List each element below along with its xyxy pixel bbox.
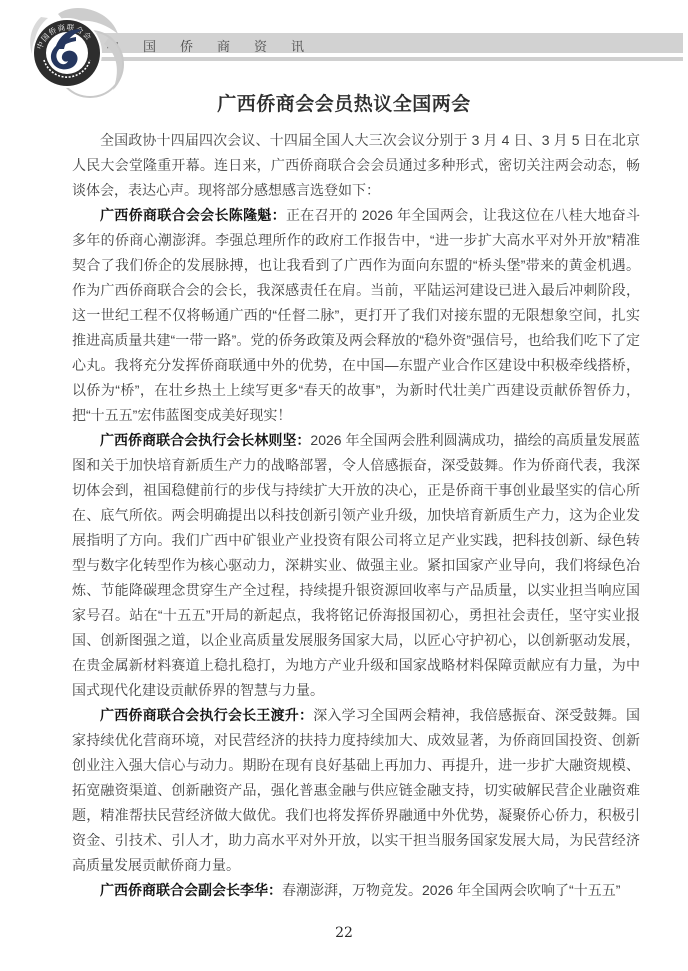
header-band-strip [55, 57, 683, 61]
federation-emblem-icon: 中国侨商联合会 [18, 4, 136, 102]
article-paragraph: 广西侨商联合会执行会长林则坚：2026 年全国两会胜利圆满成功，描绘的高质量发展… [72, 428, 640, 703]
paragraph-text: 全国政协十四届四次会议、十四届全国人大三次会议分别于 3 月 4 日、3 月 5… [72, 132, 640, 198]
paragraph-lead: 广西侨商联合会副会长李华： [100, 882, 282, 898]
page-number: 22 [0, 925, 688, 941]
masthead-text: 中国侨商资讯 [106, 36, 328, 55]
page-root: 中国侨商资讯 中国侨商联合会 广西侨商会会员热议全国两会 全国政协十四届四次会议… [0, 0, 688, 971]
article-body: 全国政协十四届四次会议、十四届全国人大三次会议分别于 3 月 4 日、3 月 5… [72, 128, 640, 903]
emblem-petal-right [104, 36, 123, 90]
paragraph-text: 深入学习全国两会精神，我倍感振奋、深受鼓舞。国家持续优化营商环境，对民营经济的扶… [72, 707, 640, 873]
article-paragraph: 广西侨商联合会副会长李华：春潮澎湃，万物竞发。2026 年全国两会吹响了“十五五… [72, 878, 640, 903]
paragraph-text: 春潮澎湃，万物竞发。2026 年全国两会吹响了“十五五” [282, 882, 620, 898]
paragraph-text: 2026 年全国两会胜利圆满成功，描绘的高质量发展蓝图和关于加快培育新质生产力的… [72, 432, 640, 698]
article-paragraph: 广西侨商联合会执行会长王渡升：深入学习全国两会精神，我倍感振奋、深受鼓舞。国家持… [72, 703, 640, 878]
paragraph-text: 正在召开的 2026 年全国两会，让我这位在八桂大地奋斗多年的侨商心潮澎湃。李强… [72, 207, 640, 423]
paragraph-lead: 广西侨商联合会执行会长王渡升： [100, 707, 313, 723]
paragraph-lead: 广西侨商联合会会长陈隆魁： [100, 207, 286, 223]
paragraph-lead: 广西侨商联合会执行会长林则坚： [100, 432, 310, 448]
article-paragraph: 全国政协十四届四次会议、十四届全国人大三次会议分别于 3 月 4 日、3 月 5… [72, 128, 640, 203]
article-paragraph: 广西侨商联合会会长陈隆魁：正在召开的 2026 年全国两会，让我这位在八桂大地奋… [72, 203, 640, 428]
